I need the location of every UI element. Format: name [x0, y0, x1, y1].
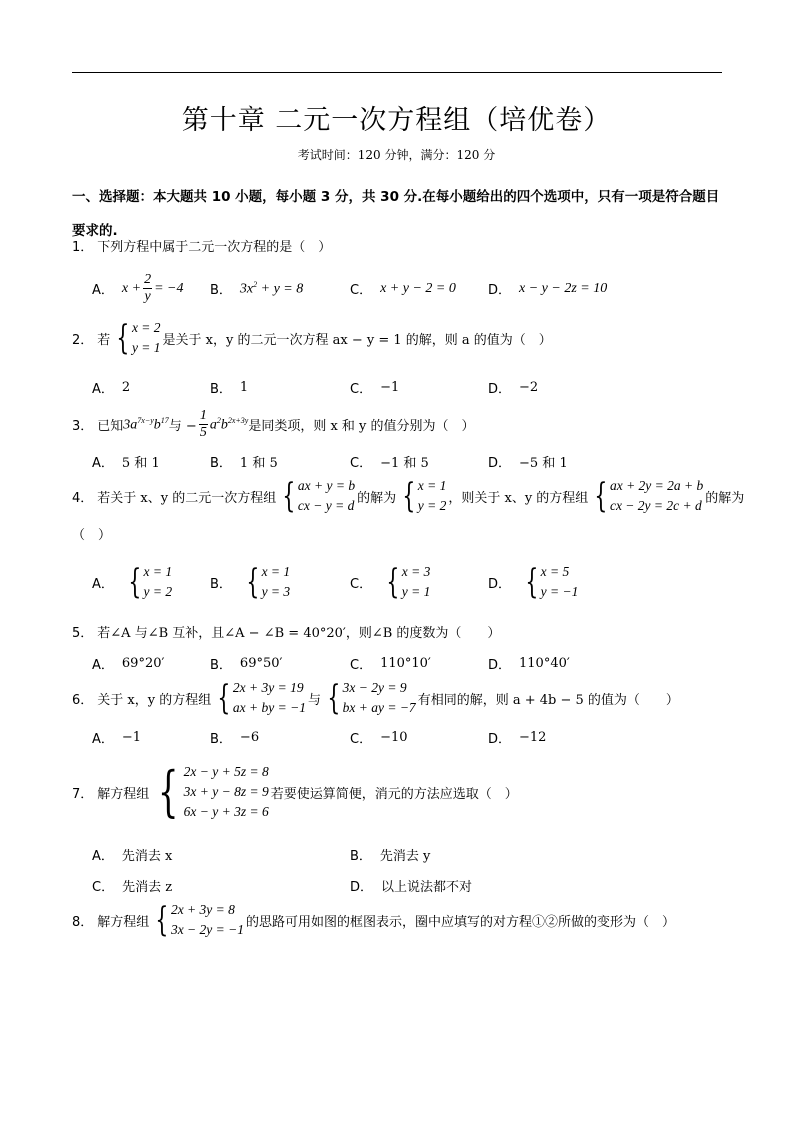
- option-d[interactable]: D．−5 和 1: [488, 452, 568, 471]
- option-a[interactable]: A．先消去 x: [92, 845, 350, 864]
- question-2: 2． 若 {x = 2y = 1 是关于 x，y 的二元一次方程 ax − y …: [72, 318, 552, 358]
- option-b[interactable]: B．3x2 + y = 8: [210, 279, 350, 298]
- option-b[interactable]: B．1 和 5: [210, 452, 350, 471]
- option-d[interactable]: D．−2: [488, 378, 538, 397]
- option-b[interactable]: B．{x = 1y = 3: [210, 562, 350, 602]
- option-c[interactable]: C．x + y − 2 = 0: [350, 279, 488, 298]
- question-7: 7． 解方程组 {2x − y + 5z = 83x + y − 8z = 96…: [72, 762, 518, 822]
- option-c[interactable]: C．{x = 3y = 1: [350, 562, 488, 602]
- option-c[interactable]: C．110°10′: [350, 654, 488, 673]
- option-c[interactable]: C．−10: [350, 728, 488, 747]
- question-7-options-row1: A．先消去 x B．先消去 y: [92, 845, 430, 864]
- question-1-options: A． x +2y= −4 B．3x2 + y = 8 C．x + y − 2 =…: [92, 272, 607, 305]
- option-b[interactable]: B．69°50′: [210, 654, 350, 673]
- question-3-options: A．5 和 1 B．1 和 5 C．−1 和 5 D．−5 和 1: [92, 452, 568, 471]
- question-7-options-row2: C．先消去 z D．以上说法都不对: [92, 876, 472, 895]
- option-d[interactable]: D．{x = 5y = −1: [488, 562, 580, 602]
- question-5: 5．若∠A 与∠B 互补，且∠A − ∠B = 40°20′，则∠B 的度数为（…: [72, 622, 500, 641]
- option-a[interactable]: A．−1: [92, 728, 210, 747]
- question-4: 4． 若关于 x、y 的二元一次方程组 {ax + y = bcx − y = …: [72, 476, 744, 516]
- option-b[interactable]: B．先消去 y: [350, 845, 430, 864]
- question-3: 3． 已知 3a7x−yb17 与 − 15 a2b2x+3y 是同类项，则 x…: [72, 408, 475, 441]
- option-a[interactable]: A．69°20′: [92, 654, 210, 673]
- option-a[interactable]: A． x +2y= −4: [92, 272, 210, 305]
- option-d[interactable]: D．以上说法都不对: [350, 876, 472, 895]
- question-1: 1． 下列方程中属于二元一次方程的是（ ）: [72, 236, 331, 255]
- option-b[interactable]: B．1: [210, 378, 350, 397]
- question-4-options: A．{x = 1y = 2 B．{x = 1y = 3 C．{x = 3y = …: [92, 562, 580, 602]
- option-d[interactable]: D．x − y − 2z = 10: [488, 279, 607, 298]
- question-6-options: A．−1 B．−6 C．−10 D．−12: [92, 728, 546, 747]
- option-c[interactable]: C．−1: [350, 378, 488, 397]
- option-b[interactable]: B．−6: [210, 728, 350, 747]
- question-5-options: A．69°20′ B．69°50′ C．110°10′ D．110°40′: [92, 654, 570, 673]
- option-d[interactable]: D．110°40′: [488, 654, 570, 673]
- header-rule: [72, 72, 722, 73]
- option-a[interactable]: A．{x = 1y = 2: [92, 562, 210, 602]
- question-8: 8． 解方程组 {2x + 3y = 83x − 2y = −1 的思路可用如图…: [72, 900, 675, 940]
- question-4-cont: （ ）: [72, 524, 111, 543]
- option-c[interactable]: C．−1 和 5: [350, 452, 488, 471]
- question-6: 6． 关于 x，y 的方程组 {2x + 3y = 19ax + by = −1…: [72, 678, 679, 718]
- option-d[interactable]: D．−12: [488, 728, 546, 747]
- page-title: 第十章 二元一次方程组（培优卷）: [0, 98, 793, 137]
- question-2-options: A．2 B．1 C．−1 D．−2: [92, 378, 538, 397]
- exam-info: 考试时间：120 分钟，满分：120 分: [0, 146, 793, 163]
- option-a[interactable]: A．5 和 1: [92, 452, 210, 471]
- option-c[interactable]: C．先消去 z: [92, 876, 350, 895]
- option-a[interactable]: A．2: [92, 378, 210, 397]
